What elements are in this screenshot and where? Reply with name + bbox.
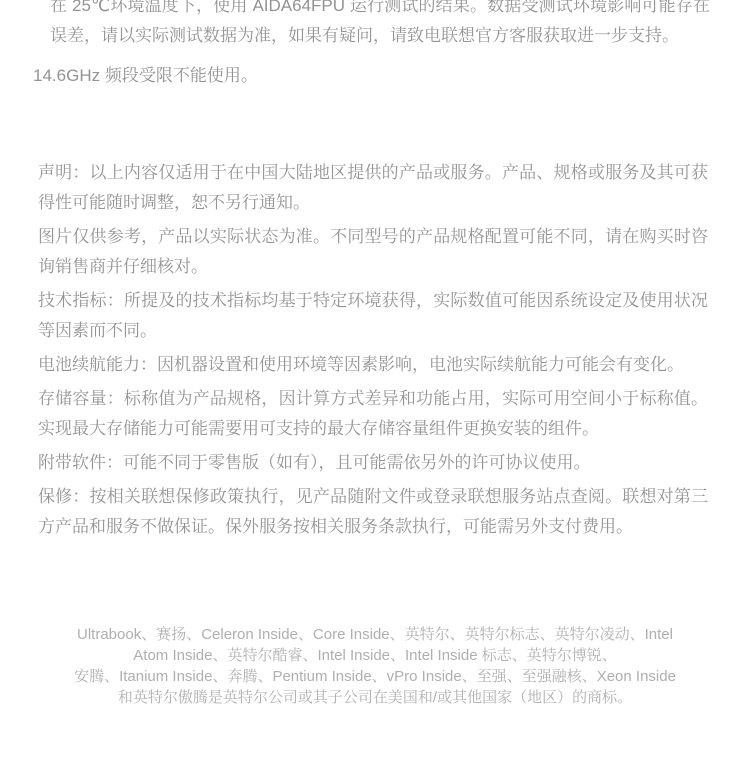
trademark-line: Atom Inside、英特尔酷睿、Intel Inside、Intel Ins… bbox=[20, 645, 730, 666]
disclaimer-images: 图片仅供参考，产品以实际状态为准。不同型号的产品规格配置可能不同，请在购买时咨询… bbox=[38, 222, 708, 282]
disclaimer-statement: 声明：以上内容仅适用于在中国大陆地区提供的产品或服务。产品、规格或服务及其可获得… bbox=[38, 158, 708, 218]
disclaimer-warranty: 保修：按相关联想保修政策执行，见产品随附文件或登录联想服务站点查阅。联想对第三方… bbox=[38, 482, 708, 542]
trademark-line: 和英特尔傲腾是英特尔公司或其子公司在美国和/或其他国家（地区）的商标。 bbox=[20, 687, 730, 708]
trademark-line: Ultrabook、赛扬、Celeron Inside、Core Inside、… bbox=[20, 624, 730, 645]
trademark-line: 安腾、Itanium Inside、奔腾、Pentium Inside、vPro… bbox=[20, 666, 730, 687]
disclaimer-section: 声明：以上内容仅适用于在中国大陆地区提供的产品或服务。产品、规格或服务及其可获得… bbox=[0, 158, 750, 542]
disclaimer-storage: 存储容量：标称值为产品规格，因计算方式差异和功能占用，实际可用空间小于标称值。实… bbox=[38, 384, 708, 444]
footnote-section: 在 25℃环境温度下，使用 AIDA64FPU 运行测试的结果。数据受测试环境影… bbox=[0, 0, 750, 91]
footnote-text: 6GHz 频段受限不能使用。 bbox=[57, 66, 258, 85]
trademark-notice: Ultrabook、赛扬、Celeron Inside、Core Inside、… bbox=[0, 624, 750, 708]
footnote-item: 14.6GHz 频段受限不能使用。 bbox=[50, 61, 710, 91]
footnote-continuation-text: 在 25℃环境温度下，使用 AIDA64FPU 运行测试的结果。数据受测试环境影… bbox=[50, 0, 710, 51]
disclaimer-battery: 电池续航能力：因机器设置和使用环境等因素影响，电池实际续航能力可能会有变化。 bbox=[38, 350, 708, 380]
footnote-number: 14. bbox=[33, 61, 57, 91]
disclaimer-specs: 技术指标：所提及的技术指标均基于特定环境获得，实际数值可能因系统设定及使用状况等… bbox=[38, 286, 708, 346]
product-disclaimer-page: 在 25℃环境温度下，使用 AIDA64FPU 运行测试的结果。数据受测试环境影… bbox=[0, 0, 750, 780]
disclaimer-software: 附带软件：可能不同于零售版（如有），且可能需依另外的许可协议使用。 bbox=[38, 448, 708, 478]
